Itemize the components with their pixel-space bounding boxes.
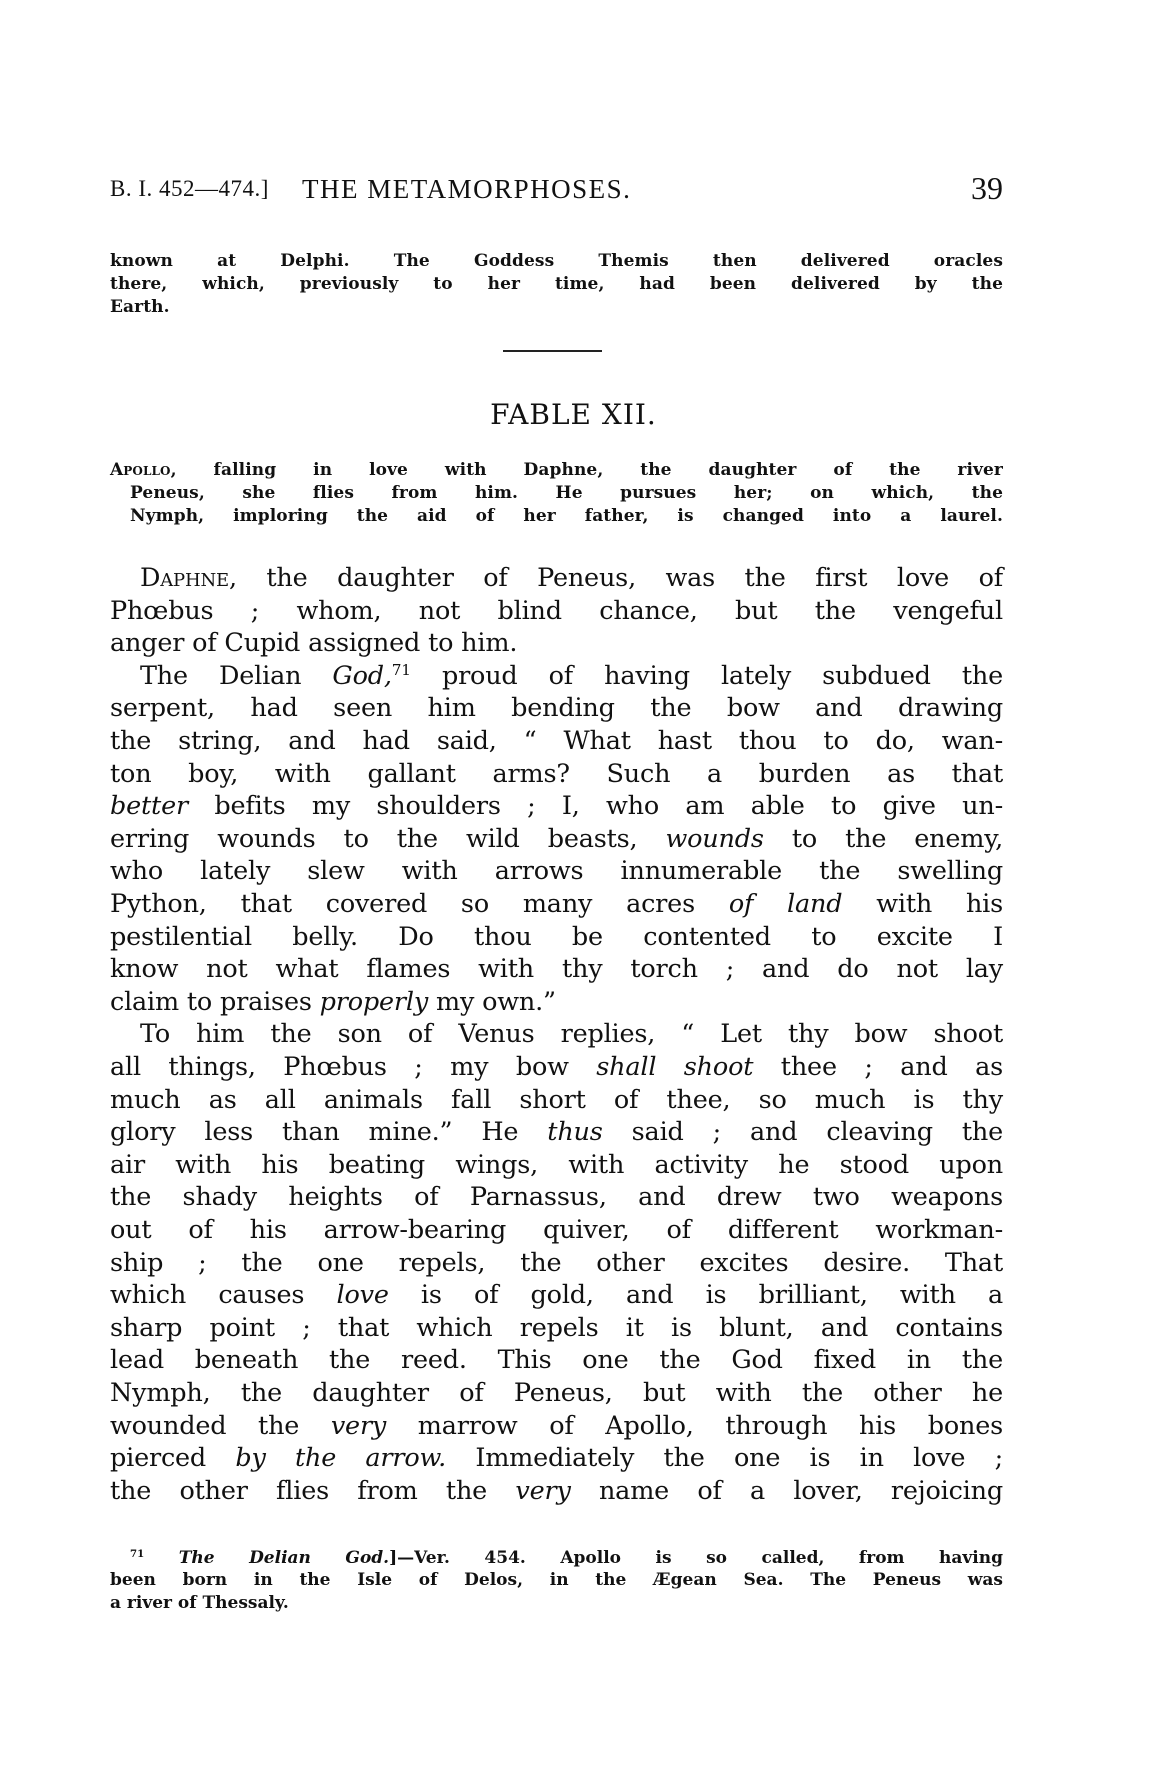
footnote-line: a river of Thessaly. <box>110 1592 1003 1615</box>
text-span: love <box>337 1280 389 1310</box>
text-line: serpent, had seen him bending the bow an… <box>110 692 1003 725</box>
text-line: Phœbus ; whom, not blind chance, but the… <box>110 595 1003 628</box>
section-divider <box>503 350 602 352</box>
text-line: which causes love is of gold, and is bri… <box>110 1279 1003 1312</box>
text-span: The Delian <box>140 661 332 691</box>
text-line: ton boy, with gallant arms? Such a burde… <box>110 758 1003 791</box>
text-span: thus <box>547 1117 602 1147</box>
text-line: claim to praises properly my own.” <box>110 986 1003 1019</box>
text-span: ]—Ver. 454. Apollo is so called, from ha… <box>389 1548 1003 1568</box>
book-page: B. I. 452—474.] THE METAMORPHOSES. 39 kn… <box>0 0 1151 1767</box>
text-line: pestilential belly. Do thou be contented… <box>110 921 1003 954</box>
text-span: wounded the <box>110 1411 331 1441</box>
text-span: thee ; and as <box>753 1052 1003 1082</box>
text-line: all things, Phœbus ; my bow shall shoot … <box>110 1051 1003 1084</box>
text-span: of land <box>729 889 843 919</box>
text-span: wounds <box>666 824 764 854</box>
text-line: Daphne, the daughter of Peneus, was the … <box>140 562 1003 595</box>
text-line: much as all animals fall short of thee, … <box>110 1084 1003 1117</box>
text-line: The Delian God,71 proud of having lately… <box>140 660 1003 693</box>
footnote-reference: 71 <box>392 661 411 679</box>
text-span: better <box>110 791 188 821</box>
argument-lead: Apollo <box>110 460 171 480</box>
text-span: all things, Phœbus ; my bow <box>110 1052 596 1082</box>
text-line: Apollo, falling in love with Daphne, the… <box>110 459 1003 482</box>
text-line: better befits my shoulders ; I, who am a… <box>110 790 1003 823</box>
text-line: air with his beating wings, with activit… <box>110 1149 1003 1182</box>
book-line-reference: B. I. 452—474.] <box>110 176 269 202</box>
text-span: very <box>331 1411 386 1441</box>
text-line: anger of Cupid assigned to him. <box>110 627 1003 660</box>
text-span: claim to praises <box>110 987 320 1017</box>
text-span: said ; and cleaving the <box>603 1117 1003 1147</box>
text-span: , the daughter of Peneus, was the first … <box>229 563 1003 593</box>
text-span: properly <box>320 987 428 1017</box>
fable-title-text: FABLE XII. <box>490 398 657 431</box>
footnote-title: The Delian God. <box>179 1548 389 1568</box>
text-span: Immediately the one is in love ; <box>446 1443 1003 1473</box>
text-line: the other flies from the very name of a … <box>110 1475 1003 1508</box>
text-line: erring wounds to the wild beasts, wounds… <box>110 823 1003 856</box>
text-span: pierced <box>110 1443 235 1473</box>
text-span: is of gold, and is brilliant, with a <box>389 1280 1003 1310</box>
footnote-line: 71 The Delian God.]—Ver. 454. Apollo is … <box>130 1547 1003 1570</box>
text-span: , falling in love with Daphne, the daugh… <box>171 460 1003 480</box>
text-line: Nymph, the daughter of Peneus, but with … <box>110 1377 1003 1410</box>
text-line: Peneus, she flies from him. He pursues h… <box>130 482 1003 505</box>
text-line: lead beneath the reed. This one the God … <box>110 1344 1003 1377</box>
text-line: know not what flames with thy torch ; an… <box>110 953 1003 986</box>
text-span: erring wounds to the wild beasts, <box>110 824 666 854</box>
text-line: the shady heights of Parnassus, and drew… <box>110 1181 1003 1214</box>
text-line: sharp point ; that which repels it is bl… <box>110 1312 1003 1345</box>
page-number: 39 <box>971 170 1003 207</box>
text-span: very <box>515 1476 570 1506</box>
text-span: to the enemy, <box>764 824 1003 854</box>
text-line: pierced by the arrow. Immediately the on… <box>110 1442 1003 1475</box>
text-line: Earth. <box>110 296 1003 319</box>
text-line: Nymph, imploring the aid of her father, … <box>130 505 1003 528</box>
text-span: glory less than mine.” He <box>110 1117 547 1147</box>
text-span: by the arrow. <box>235 1443 446 1473</box>
text-line: To him the son of Venus replies, “ Let t… <box>140 1018 1003 1051</box>
text-span: proud of having lately subdued the <box>411 661 1003 691</box>
text-span: marrow of Apollo, through his bones <box>386 1411 1003 1441</box>
text-line: ship ; the one repels, the other excites… <box>110 1247 1003 1280</box>
text-line: there, which, previously to her time, ha… <box>110 273 1003 296</box>
text-span: God, <box>332 661 391 691</box>
text-line: Python, that covered so many acres of la… <box>110 888 1003 921</box>
running-head: B. I. 452—474.] THE METAMORPHOSES. 39 <box>110 170 1003 206</box>
paragraph-lead: Daphne <box>140 563 229 593</box>
text-line: out of his arrow-bearing quiver, of diff… <box>110 1214 1003 1247</box>
footnote-line: been born in the Isle of Delos, in the Æ… <box>110 1569 1003 1592</box>
text-span: with his <box>842 889 1003 919</box>
text-span: befits my shoulders ; I, who am able to … <box>188 791 1003 821</box>
text-span: name of a lover, rejoicing <box>571 1476 1003 1506</box>
fable-title: FABLE XII. <box>0 398 1151 431</box>
text-line: who lately slew with arrows innumerable … <box>110 855 1003 888</box>
text-line: known at Delphi. The Goddess Themis then… <box>110 250 1003 273</box>
text-line: the string, and had said, “ What hast th… <box>110 725 1003 758</box>
footnote-number: 71 <box>130 1548 144 1560</box>
text-span: which causes <box>110 1280 337 1310</box>
text-span: the other flies from the <box>110 1476 515 1506</box>
running-title: THE METAMORPHOSES. <box>302 174 631 205</box>
text-span: my own.” <box>428 987 556 1017</box>
text-span: shall shoot <box>596 1052 753 1082</box>
text-span: Python, that covered so many acres <box>110 889 729 919</box>
text-line: wounded the very marrow of Apollo, throu… <box>110 1410 1003 1443</box>
text-line: glory less than mine.” He thus said ; an… <box>110 1116 1003 1149</box>
